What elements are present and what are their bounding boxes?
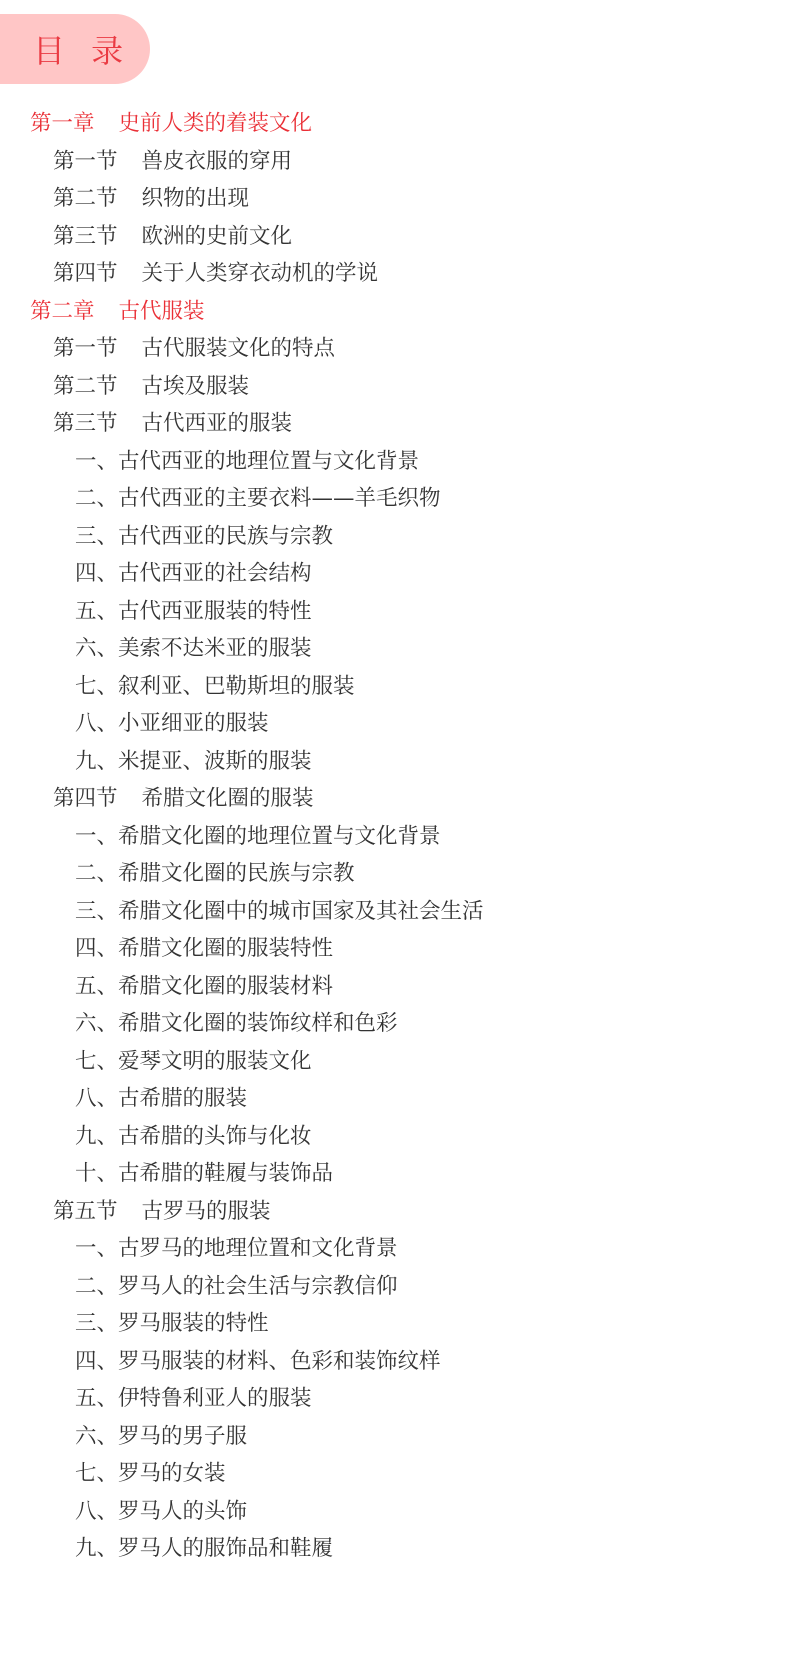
toc-title: 五、希腊文化圈的服装材料	[75, 974, 333, 999]
toc-item[interactable]: 五、古代西亚服装的特性	[0, 593, 790, 631]
toc-number: 第一章	[30, 111, 95, 136]
toc-title: 六、希腊文化圈的装饰纹样和色彩	[75, 1011, 398, 1036]
toc-title: 一、希腊文化圈的地理位置与文化背景	[75, 824, 441, 849]
toc-number: 第五节	[53, 1199, 118, 1224]
toc-item[interactable]: 八、小亚细亚的服装	[0, 705, 790, 743]
toc-title: 六、罗马的男子服	[75, 1424, 247, 1449]
toc-item[interactable]: 六、希腊文化圈的装饰纹样和色彩	[0, 1005, 790, 1043]
toc-section[interactable]: 第二节织物的出现	[0, 180, 790, 218]
toc-item[interactable]: 八、古希腊的服装	[0, 1080, 790, 1118]
toc-item[interactable]: 三、罗马服装的特性	[0, 1305, 790, 1343]
toc-number: 第一节	[53, 149, 118, 174]
toc-title: 七、叙利亚、巴勒斯坦的服装	[75, 674, 355, 699]
toc-item[interactable]: 九、米提亚、波斯的服装	[0, 743, 790, 781]
toc-title: 九、罗马人的服饰品和鞋履	[75, 1536, 333, 1561]
toc-item[interactable]: 六、罗马的男子服	[0, 1418, 790, 1456]
toc-title: 八、小亚细亚的服装	[75, 711, 269, 736]
toc-title: 二、罗马人的社会生活与宗教信仰	[75, 1274, 398, 1299]
toc-section[interactable]: 第四节关于人类穿衣动机的学说	[0, 255, 790, 293]
toc-title: 织物的出现	[142, 186, 250, 211]
toc-header-pill: 目 录	[0, 14, 150, 84]
toc-title: 六、美索不达米亚的服装	[75, 636, 312, 661]
toc-title: 二、希腊文化圈的民族与宗教	[75, 861, 355, 886]
toc-title: 七、罗马的女装	[75, 1461, 226, 1486]
toc-number: 第二节	[53, 186, 118, 211]
toc-item[interactable]: 一、古代西亚的地理位置与文化背景	[0, 443, 790, 481]
toc-number: 第一节	[53, 336, 118, 361]
toc-title: 九、古希腊的头饰与化妆	[75, 1124, 312, 1149]
toc-title: 五、伊特鲁利亚人的服装	[75, 1386, 312, 1411]
toc-item[interactable]: 八、罗马人的头饰	[0, 1493, 790, 1531]
toc-title: 古罗马的服装	[142, 1199, 271, 1224]
toc-title: 九、米提亚、波斯的服装	[75, 749, 312, 774]
toc-title: 兽皮衣服的穿用	[142, 149, 293, 174]
toc-number: 第三节	[53, 411, 118, 436]
toc-number: 第三节	[53, 224, 118, 249]
toc-item[interactable]: 十、古希腊的鞋履与装饰品	[0, 1155, 790, 1193]
toc-chapter[interactable]: 第一章史前人类的着装文化	[0, 105, 790, 143]
toc-title: 古代服装	[119, 299, 205, 324]
toc-item[interactable]: 二、希腊文化圈的民族与宗教	[0, 855, 790, 893]
toc-item[interactable]: 七、叙利亚、巴勒斯坦的服装	[0, 668, 790, 706]
toc-chapter[interactable]: 第二章古代服装	[0, 293, 790, 331]
toc-title: 三、古代西亚的民族与宗教	[75, 524, 333, 549]
toc-item[interactable]: 五、伊特鲁利亚人的服装	[0, 1380, 790, 1418]
toc-item[interactable]: 六、美索不达米亚的服装	[0, 630, 790, 668]
table-of-contents: 第一章史前人类的着装文化第一节兽皮衣服的穿用第二节织物的出现第三节欧洲的史前文化…	[0, 105, 790, 1568]
toc-title: 四、罗马服装的材料、色彩和装饰纹样	[75, 1349, 441, 1374]
toc-number: 第四节	[53, 261, 118, 286]
toc-item[interactable]: 七、罗马的女装	[0, 1455, 790, 1493]
toc-item[interactable]: 四、罗马服装的材料、色彩和装饰纹样	[0, 1343, 790, 1381]
toc-title: 一、古罗马的地理位置和文化背景	[75, 1236, 398, 1261]
toc-item[interactable]: 一、古罗马的地理位置和文化背景	[0, 1230, 790, 1268]
toc-title: 三、罗马服装的特性	[75, 1311, 269, 1336]
toc-title: 古代西亚的服装	[142, 411, 293, 436]
toc-item[interactable]: 二、古代西亚的主要衣料——羊毛织物	[0, 480, 790, 518]
toc-title: 八、罗马人的头饰	[75, 1499, 247, 1524]
toc-title: 七、爱琴文明的服装文化	[75, 1049, 312, 1074]
toc-item[interactable]: 五、希腊文化圈的服装材料	[0, 968, 790, 1006]
toc-number: 第二章	[30, 299, 95, 324]
toc-item[interactable]: 三、希腊文化圈中的城市国家及其社会生活	[0, 893, 790, 931]
toc-section[interactable]: 第三节欧洲的史前文化	[0, 218, 790, 256]
toc-item[interactable]: 九、罗马人的服饰品和鞋履	[0, 1530, 790, 1568]
toc-section[interactable]: 第五节古罗马的服装	[0, 1193, 790, 1231]
toc-title: 关于人类穿衣动机的学说	[142, 261, 379, 286]
toc-section[interactable]: 第四节希腊文化圈的服装	[0, 780, 790, 818]
toc-number: 第四节	[53, 786, 118, 811]
toc-title: 二、古代西亚的主要衣料——羊毛织物	[75, 486, 441, 511]
toc-title: 八、古希腊的服装	[75, 1086, 247, 1111]
toc-title: 古代服装文化的特点	[142, 336, 336, 361]
toc-item[interactable]: 九、古希腊的头饰与化妆	[0, 1118, 790, 1156]
toc-title: 欧洲的史前文化	[142, 224, 293, 249]
toc-section[interactable]: 第二节古埃及服装	[0, 368, 790, 406]
toc-title: 一、古代西亚的地理位置与文化背景	[75, 449, 419, 474]
toc-title: 希腊文化圈的服装	[142, 786, 314, 811]
toc-item[interactable]: 二、罗马人的社会生活与宗教信仰	[0, 1268, 790, 1306]
toc-title: 十、古希腊的鞋履与装饰品	[75, 1161, 333, 1186]
toc-section[interactable]: 第三节古代西亚的服装	[0, 405, 790, 443]
toc-item[interactable]: 三、古代西亚的民族与宗教	[0, 518, 790, 556]
toc-item[interactable]: 一、希腊文化圈的地理位置与文化背景	[0, 818, 790, 856]
toc-number: 第二节	[53, 374, 118, 399]
toc-item[interactable]: 七、爱琴文明的服装文化	[0, 1043, 790, 1081]
toc-title: 五、古代西亚服装的特性	[75, 599, 312, 624]
toc-section[interactable]: 第一节兽皮衣服的穿用	[0, 143, 790, 181]
toc-section[interactable]: 第一节古代服装文化的特点	[0, 330, 790, 368]
page-title: 目 录	[33, 26, 131, 72]
toc-item[interactable]: 四、古代西亚的社会结构	[0, 555, 790, 593]
toc-title: 三、希腊文化圈中的城市国家及其社会生活	[75, 899, 484, 924]
toc-title: 四、古代西亚的社会结构	[75, 561, 312, 586]
toc-item[interactable]: 四、希腊文化圈的服装特性	[0, 930, 790, 968]
toc-title: 四、希腊文化圈的服装特性	[75, 936, 333, 961]
toc-title: 史前人类的着装文化	[119, 111, 313, 136]
toc-title: 古埃及服装	[142, 374, 250, 399]
